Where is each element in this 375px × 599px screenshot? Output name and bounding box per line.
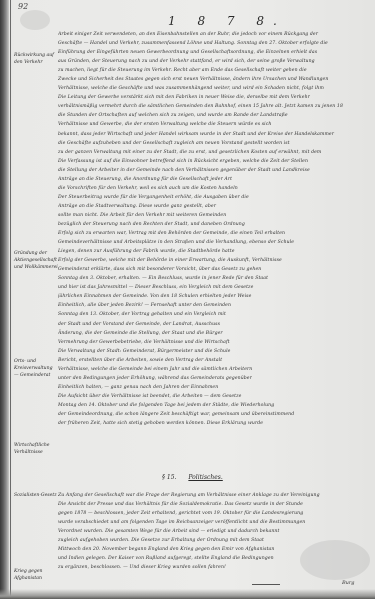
- document-page: 92 1 8 7 8. Rückwirkung auf den VerkehrG…: [0, 0, 375, 599]
- text-line: Geschäfte — Handel und Verkehr, zusammen…: [58, 39, 370, 48]
- text-line: Einführung der Eingeführten neuen Gewerb…: [58, 48, 370, 57]
- text-line: Verhältnisse, welche die Gemeinde bei ei…: [58, 365, 370, 374]
- text-line: zu der ganzen Verwaltung mit einer zu de…: [58, 148, 370, 157]
- text-line: Liegen, denen zur Ausführung der Fabrik …: [58, 247, 370, 256]
- text-line: Erfolg der Gewerbe, welche mit der Behör…: [58, 256, 370, 265]
- text-line: Verordnet wurden. Die gesamten Wege für …: [58, 527, 370, 536]
- section-heading: § 15. Politisches.: [162, 474, 223, 481]
- body-text-part-1: Arbeit einiger Zeit verwendeten, an den …: [58, 30, 370, 428]
- text-line: Zwecke und Sicherheit des Staates gegen …: [58, 75, 370, 84]
- text-line: die Stunden der Ortschaften auf welchen …: [58, 111, 370, 120]
- margin-note: Sozialisten-Gesetz: [14, 492, 58, 499]
- text-line: Sonntag den 3. Oktober, erhalten. — Ein …: [58, 274, 370, 283]
- text-line: Einheitlich, alle über jeden Bezirk! — F…: [58, 301, 370, 310]
- text-line: Gemeinderat erklärte, dass sich mit beso…: [58, 265, 370, 274]
- text-line: sollte man nicht. Die Arbeit für den Ver…: [58, 211, 370, 220]
- page-bottom-edge: [0, 589, 375, 599]
- text-line: Die Aufsicht über die Verhältnisse ist b…: [58, 392, 370, 401]
- text-line: gegen 1878 — beschlossen, jeder Zeit erh…: [58, 509, 370, 518]
- text-line: die Vorschriften für den Verkehr, weil e…: [58, 184, 370, 193]
- text-line: Montag den 14. Oktober und die folgenden…: [58, 401, 370, 410]
- text-line: Verhältnisse und Gewerbe, die der ersten…: [58, 120, 370, 129]
- section-title: Politisches.: [188, 474, 222, 481]
- text-line: Anträge an die Steuerung, die Anordnung …: [58, 175, 370, 184]
- text-line: Verhältnisse, welche die Geschäfte und w…: [58, 84, 370, 93]
- text-line: zugleich aufgehoben wurden. Die Gesetze …: [58, 536, 370, 545]
- text-line: Anträge an die Stadtverwaltung. Diese wu…: [58, 202, 370, 211]
- text-line: die Stellung der Arbeiter in der Gemeind…: [58, 166, 370, 175]
- text-line: zu ergänzen, beschlossen. — Und dieser K…: [58, 563, 370, 572]
- text-line: bezüglich der Steuerung nach den Rechten…: [58, 220, 370, 229]
- text-line: aus Gründen, der Steuerung nach zu und d…: [58, 57, 370, 66]
- text-line: und hier ist das Jahresmittel — Dieser B…: [58, 283, 370, 292]
- text-line: bekannt, dass jeder Wirtschaft und jeder…: [58, 130, 370, 139]
- text-line: Die Verfassung ist auf die Einwohner bet…: [58, 157, 370, 166]
- text-line: jährlichen Einnahmen der Gemeinde. Von d…: [58, 292, 370, 301]
- text-line: Erfolg sich zu erwarten war, Vertrag mit…: [58, 229, 370, 238]
- year-heading: 1 8 7 8.: [168, 14, 286, 28]
- margin-note: Krieg gegen Afghanistan: [14, 568, 58, 582]
- text-line: und Indien gelegen. Der Kaiser von Rußla…: [58, 554, 370, 563]
- closing-signature: Burg: [342, 580, 355, 586]
- margin-note: Orts- und Kreisverwaltung — Gemeinderat: [14, 358, 58, 379]
- text-line: die Geschäfte aufzuheben und der Gesells…: [58, 139, 370, 148]
- text-line: Änderung, die der Gemeinde die Stellung,…: [58, 329, 370, 338]
- page-number: 92: [18, 2, 28, 11]
- text-line: der früheren Zeit, hatte sich stetig geh…: [58, 419, 370, 428]
- text-line: wurde verabschiedet und am folgenden Tag…: [58, 518, 370, 527]
- body-text-part-2: Zu Anfang der Gesellschaft war die Frage…: [58, 491, 370, 572]
- margin-note: Wirtschaftliche Verhältnisse: [14, 442, 58, 456]
- text-line: Einheitlich halten, — ganz genau nach de…: [58, 383, 370, 392]
- section-number: § 15.: [162, 474, 176, 481]
- closing-rule: [252, 584, 280, 585]
- margin-note: Rückwirkung auf den Verkehr: [14, 52, 58, 66]
- text-line: Bericht, erstellten über die Arbeiten, s…: [58, 356, 370, 365]
- book-binding: [0, 0, 9, 599]
- text-line: der Stadt und der Vorstand der Gemeinde,…: [58, 320, 370, 329]
- text-line: Der Steuerbeitrag wurde für die Vergange…: [58, 193, 370, 202]
- text-line: Die Ansicht der Presse und das Verhältni…: [58, 500, 370, 509]
- text-line: Zu Anfang der Gesellschaft war die Frage…: [58, 491, 370, 500]
- text-line: Die Verwaltung der Stadt: Gemeinderat, B…: [58, 347, 370, 356]
- binding-rule: [10, 0, 11, 599]
- text-line: zu machen, liegt für die Steuerung im Ve…: [58, 66, 370, 75]
- text-line: unter den Bedingungen jeder Erhöhung, wä…: [58, 374, 370, 383]
- text-line: Gemeindeverhältnisse und Arbeitsplätze i…: [58, 238, 370, 247]
- margin-note: Gründung der Aktiengesellschaft und Woll…: [14, 250, 58, 271]
- text-line: Die Leitung der Gewerbe verstärkt sich m…: [58, 93, 370, 102]
- text-line: Mittwoch den 20. November begann England…: [58, 545, 370, 554]
- text-line: Sonntag den 13. Oktober, der Vortrag geh…: [58, 310, 370, 319]
- text-line: der Gemeindeordnung, die schon längere Z…: [58, 410, 370, 419]
- text-line: Vermehrung der Gewerbebetriebe, die Verh…: [58, 338, 370, 347]
- text-line: Arbeit einiger Zeit verwendeten, an den …: [58, 30, 370, 39]
- text-line: verhältnismäßig vermehrt durch die sämtl…: [58, 102, 370, 111]
- paper-stain: [20, 10, 50, 30]
